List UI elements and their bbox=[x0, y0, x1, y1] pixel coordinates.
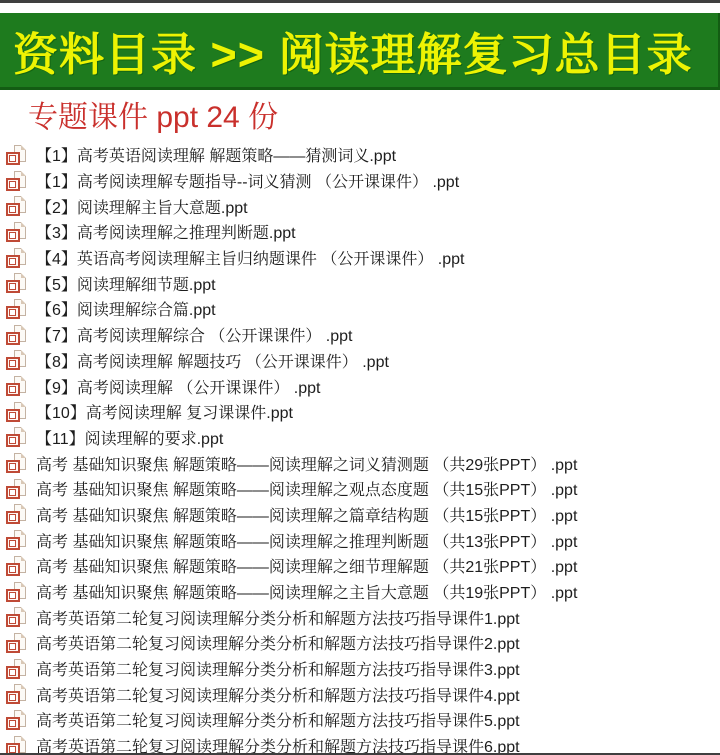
list-item[interactable]: 【10】高考阅读理解 复习课课件.ppt bbox=[6, 399, 720, 425]
list-item[interactable]: 【3】高考阅读理解之推理判断题.ppt bbox=[6, 219, 720, 245]
ppt-slide-shape bbox=[6, 563, 20, 576]
file-name[interactable]: 【10】高考阅读理解 复习课课件.ppt bbox=[36, 400, 293, 423]
ppt-slide-shape bbox=[6, 640, 20, 653]
ppt-slide-shape bbox=[6, 537, 20, 550]
ppt-file-icon bbox=[6, 273, 28, 293]
ppt-slide-shape bbox=[6, 255, 20, 268]
file-name[interactable]: 【6】阅读理解综合篇.ppt bbox=[36, 297, 216, 320]
list-item[interactable]: 【1】高考英语阅读理解 解题策略——猜测词义.ppt bbox=[6, 142, 720, 168]
file-name[interactable]: 【9】高考阅读理解 （公开课课件） .ppt bbox=[36, 375, 320, 398]
ppt-file-icon bbox=[6, 479, 28, 499]
file-name[interactable]: 高考 基础知识聚焦 解题策略——阅读理解之观点态度题 （共15张PPT） .pp… bbox=[36, 477, 577, 500]
ppt-file-icon bbox=[6, 504, 28, 524]
list-item[interactable]: 【2】阅读理解主旨大意题.ppt bbox=[6, 193, 720, 219]
list-item[interactable]: 高考英语第二轮复习阅读理解分类分析和解题方法技巧指导课件1.ppt bbox=[6, 604, 720, 630]
list-item[interactable]: 高考 基础知识聚焦 解题策略——阅读理解之观点态度题 （共15张PPT） .pp… bbox=[6, 476, 720, 502]
list-item[interactable]: 【4】英语高考阅读理解主旨归纳题课件 （公开课课件） .ppt bbox=[6, 245, 720, 271]
list-item[interactable]: 高考英语第二轮复习阅读理解分类分析和解题方法技巧指导课件6.ppt bbox=[6, 733, 720, 755]
page-title: 资料目录 >> 阅读理解复习总目录 bbox=[13, 18, 693, 83]
ppt-file-icon bbox=[6, 530, 28, 550]
file-name[interactable]: 高考 基础知识聚焦 解题策略——阅读理解之主旨大意题 （共19张PPT） .pp… bbox=[36, 580, 577, 603]
file-name[interactable]: 高考 基础知识聚焦 解题策略——阅读理解之细节理解题 （共21张PPT） .pp… bbox=[36, 554, 577, 577]
file-name[interactable]: 【4】英语高考阅读理解主旨归纳题课件 （公开课课件） .ppt bbox=[36, 246, 464, 269]
list-item[interactable]: 高考英语第二轮复习阅读理解分类分析和解题方法技巧指导课件5.ppt bbox=[6, 707, 720, 733]
ppt-slide-shape bbox=[6, 178, 20, 191]
ppt-slide-shape bbox=[6, 306, 20, 319]
ppt-file-icon bbox=[6, 710, 28, 730]
ppt-file-icon bbox=[6, 633, 28, 653]
file-name[interactable]: 高考英语第二轮复习阅读理解分类分析和解题方法技巧指导课件4.ppt bbox=[36, 683, 520, 706]
ppt-slide-shape bbox=[6, 589, 20, 602]
ppt-slide-shape bbox=[6, 717, 20, 730]
list-item[interactable]: 【8】高考阅读理解 解题技巧 （公开课课件） .ppt bbox=[6, 348, 720, 374]
ppt-file-icon bbox=[6, 427, 28, 447]
ppt-file-icon bbox=[6, 350, 28, 370]
list-item[interactable]: 【7】高考阅读理解综合 （公开课课件） .ppt bbox=[6, 322, 720, 348]
file-name[interactable]: 高考英语第二轮复习阅读理解分类分析和解题方法技巧指导课件1.ppt bbox=[36, 606, 520, 629]
file-name[interactable]: 高考英语第二轮复习阅读理解分类分析和解题方法技巧指导课件5.ppt bbox=[36, 708, 520, 731]
list-item[interactable]: 高考 基础知识聚焦 解题策略——阅读理解之篇章结构题 （共15张PPT） .pp… bbox=[6, 502, 720, 528]
ppt-slide-shape bbox=[6, 152, 20, 165]
list-item[interactable]: 【1】高考阅读理解专题指导--词义猜测 （公开课课件） .ppt bbox=[6, 168, 720, 194]
list-item[interactable]: 高考 基础知识聚焦 解题策略——阅读理解之细节理解题 （共21张PPT） .pp… bbox=[6, 553, 720, 579]
file-name[interactable]: 【2】阅读理解主旨大意题.ppt bbox=[36, 195, 248, 218]
ppt-file-icon bbox=[6, 684, 28, 704]
top-border-line bbox=[0, 0, 720, 3]
list-item[interactable]: 高考英语第二轮复习阅读理解分类分析和解题方法技巧指导课件2.ppt bbox=[6, 630, 720, 656]
section-heading: 专题课件 ppt 24 份 bbox=[28, 100, 720, 136]
file-name[interactable]: 【1】高考英语阅读理解 解题策略——猜测词义.ppt bbox=[36, 143, 396, 166]
ppt-slide-shape bbox=[6, 357, 20, 370]
file-name[interactable]: 高考英语第二轮复习阅读理解分类分析和解题方法技巧指导课件3.ppt bbox=[36, 657, 520, 680]
ppt-file-icon bbox=[6, 171, 28, 191]
file-name[interactable]: 【1】高考阅读理解专题指导--词义猜测 （公开课课件） .ppt bbox=[36, 169, 459, 192]
ppt-slide-shape bbox=[6, 511, 20, 524]
ppt-slide-shape bbox=[6, 460, 20, 473]
file-name[interactable]: 【3】高考阅读理解之推理判断题.ppt bbox=[36, 220, 296, 243]
list-item[interactable]: 【5】阅读理解细节题.ppt bbox=[6, 270, 720, 296]
list-item[interactable]: 【9】高考阅读理解 （公开课课件） .ppt bbox=[6, 373, 720, 399]
ppt-slide-shape bbox=[6, 614, 20, 627]
ppt-slide-shape bbox=[6, 666, 20, 679]
ppt-slide-shape bbox=[6, 229, 20, 242]
ppt-file-icon bbox=[6, 556, 28, 576]
ppt-slide-shape bbox=[6, 409, 20, 422]
ppt-file-icon bbox=[6, 659, 28, 679]
list-item[interactable]: 高考英语第二轮复习阅读理解分类分析和解题方法技巧指导课件4.ppt bbox=[6, 681, 720, 707]
ppt-file-icon bbox=[6, 222, 28, 242]
ppt-file-icon bbox=[6, 453, 28, 473]
file-name[interactable]: 高考 基础知识聚焦 解题策略——阅读理解之词义猜测题 （共29张PPT） .pp… bbox=[36, 452, 577, 475]
ppt-file-icon bbox=[6, 145, 28, 165]
file-name[interactable]: 高考 基础知识聚焦 解题策略——阅读理解之篇章结构题 （共15张PPT） .pp… bbox=[36, 503, 577, 526]
ppt-file-icon bbox=[6, 376, 28, 396]
ppt-file-icon bbox=[6, 402, 28, 422]
file-name[interactable]: 【7】高考阅读理解综合 （公开课课件） .ppt bbox=[36, 323, 352, 346]
list-item[interactable]: 高考 基础知识聚焦 解题策略——阅读理解之推理判断题 （共13张PPT） .pp… bbox=[6, 527, 720, 553]
file-name[interactable]: 【5】阅读理解细节题.ppt bbox=[36, 272, 216, 295]
ppt-slide-shape bbox=[6, 383, 20, 396]
ppt-file-icon bbox=[6, 299, 28, 319]
file-name[interactable]: 高考 基础知识聚焦 解题策略——阅读理解之推理判断题 （共13张PPT） .pp… bbox=[36, 529, 577, 552]
ppt-file-icon bbox=[6, 248, 28, 268]
list-item[interactable]: 【6】阅读理解综合篇.ppt bbox=[6, 296, 720, 322]
list-item[interactable]: 【11】阅读理解的要求.ppt bbox=[6, 425, 720, 451]
ppt-slide-shape bbox=[6, 332, 20, 345]
list-item[interactable]: 高考 基础知识聚焦 解题策略——阅读理解之词义猜测题 （共29张PPT） .pp… bbox=[6, 450, 720, 476]
ppt-file-icon bbox=[6, 196, 28, 216]
file-name[interactable]: 【8】高考阅读理解 解题技巧 （公开课课件） .ppt bbox=[36, 349, 389, 372]
ppt-slide-shape bbox=[6, 434, 20, 447]
file-name[interactable]: 高考英语第二轮复习阅读理解分类分析和解题方法技巧指导课件6.ppt bbox=[36, 734, 520, 755]
ppt-slide-shape bbox=[6, 486, 20, 499]
title-banner: 资料目录 >> 阅读理解复习总目录 bbox=[0, 13, 720, 90]
ppt-slide-shape bbox=[6, 691, 20, 704]
list-item[interactable]: 高考 基础知识聚焦 解题策略——阅读理解之主旨大意题 （共19张PPT） .pp… bbox=[6, 579, 720, 605]
list-item[interactable]: 高考英语第二轮复习阅读理解分类分析和解题方法技巧指导课件3.ppt bbox=[6, 656, 720, 682]
ppt-file-icon bbox=[6, 582, 28, 602]
ppt-slide-shape bbox=[6, 203, 20, 216]
file-name[interactable]: 【11】阅读理解的要求.ppt bbox=[36, 426, 223, 449]
file-name[interactable]: 高考英语第二轮复习阅读理解分类分析和解题方法技巧指导课件2.ppt bbox=[36, 631, 520, 654]
ppt-file-icon bbox=[6, 325, 28, 345]
ppt-file-icon bbox=[6, 607, 28, 627]
file-list: 【1】高考英语阅读理解 解题策略——猜测词义.ppt 【1】高考阅读理解专题指导… bbox=[0, 142, 720, 755]
ppt-slide-shape bbox=[6, 280, 20, 293]
